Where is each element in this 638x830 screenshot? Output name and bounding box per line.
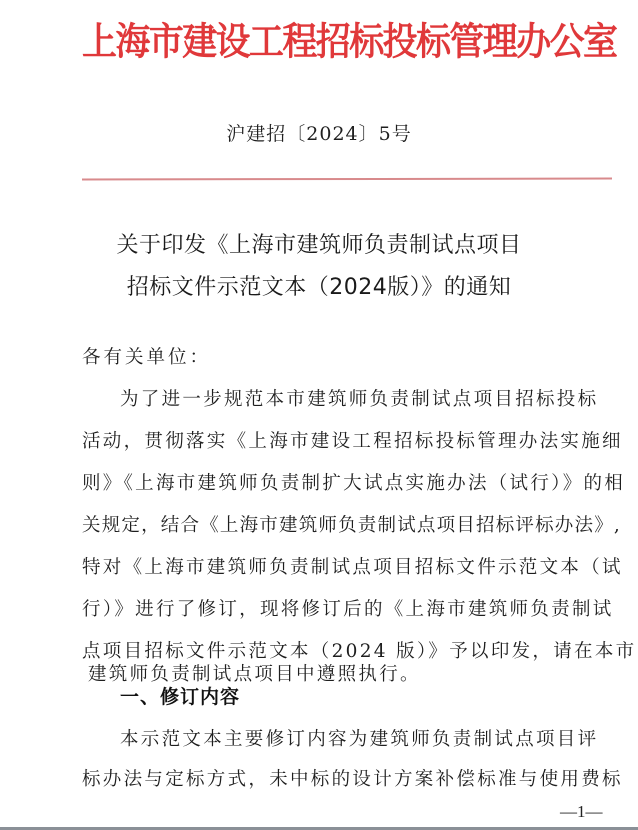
paragraph-line: 本示范文本主要修订内容为建筑师负责制试点项目评	[120, 726, 598, 754]
salutation: 各有关单位：	[82, 344, 622, 372]
document-number: 沪建招〔2024〕5号	[0, 120, 638, 148]
document-page: 上海市建设工程招标投标管理办公室 沪建招〔2024〕5号 关于印发《上海市建筑师…	[0, 0, 638, 827]
paragraph-line: 行）》进行了修订，现将修订后的《上海市建筑师负责制试	[82, 596, 614, 624]
paragraph-line: 活动，贯彻落实《上海市建设工程招标投标管理办法实施细	[82, 428, 623, 456]
notice-title-line-2: 招标文件示范文本（2024版）》的通知	[0, 267, 638, 309]
notice-title-line-1: 关于印发《上海市建筑师负责制试点项目	[0, 225, 638, 267]
issuer-letterhead: 上海市建设工程招标投标管理办公室	[82, 18, 612, 68]
paragraph-line: 为了进一步规范本市建筑师负责制试点项目招标投标	[120, 386, 598, 414]
paragraph-line: 则》《上海市建筑师负责制扩大试点实施办法（试行）》的相	[82, 470, 625, 498]
section-heading: 一、修订内容	[120, 683, 240, 711]
paragraph-line: 标办法与定标方式，未中标的设计方案补偿标准与使用费标	[82, 766, 623, 794]
paragraph-line: 关规定，结合《上海市建筑师负责制试点项目招标评标办法》,	[82, 512, 621, 540]
notice-title: 关于印发《上海市建筑师负责制试点项目 招标文件示范文本（2024版）》的通知	[0, 225, 638, 309]
red-divider-line	[82, 178, 612, 181]
page-number: —1—	[560, 801, 603, 823]
paragraph-line: 特对《上海市建筑师负责制试点项目招标文件示范文本（试	[82, 554, 623, 582]
